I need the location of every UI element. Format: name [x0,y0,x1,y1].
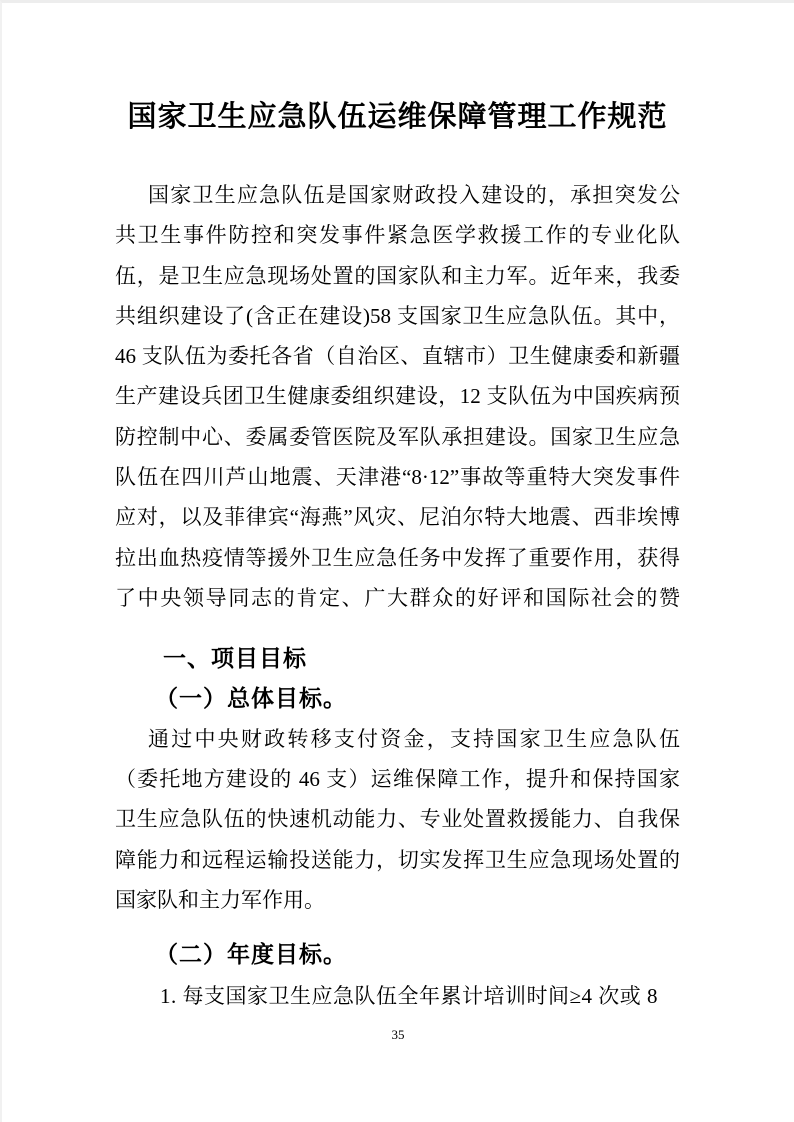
page-content: 国家卫生应急队伍运维保障管理工作规范 国家卫生应急队伍是国家财政投入建设的，承担… [115,3,680,1016]
text-line: 了中央领导同志的肯定、广大群众的好评和国际社会的赞誉。 [115,578,680,618]
text-line: 国家队和主力军作用。 [115,880,680,920]
text-line: 防控制中心、委属委管医院及军队承担建设。国家卫生应急 [115,417,680,457]
text-line: 46 支队伍为委托各省（自治区、直辖市）卫生健康委和新疆 [115,336,680,376]
text-line: 队伍在四川芦山地震、天津港“8·12”事故等重特大突发事件 [115,457,680,497]
text-line: 障能力和远程运输投送能力，切实发挥卫生应急现场处置的 [115,840,680,880]
subsection-heading-annual-goal: （二）年度目标。 [115,935,680,975]
text-line: 拉出血热疫情等援外卫生应急任务中发挥了重要作用，获得 [115,538,680,578]
intro-paragraph: 国家卫生应急队伍是国家财政投入建设的，承担突发公共卫生事件防控和突发事件紧急医学… [115,175,680,618]
subsection-heading-overall-goal: （一）总体目标。 [115,679,680,719]
annual-goal-item-1: 1. 每支国家卫生应急队伍全年累计培训时间≥4 次或 8 [115,976,680,1016]
overall-goal-paragraph: 通过中央财政转移支付资金，支持国家卫生应急队伍（委托地方建设的 46 支）运维保… [115,719,680,920]
text-line: 通过中央财政转移支付资金，支持国家卫生应急队伍 [115,719,680,759]
text-line: 卫生应急队伍的快速机动能力、专业处置救援能力、自我保 [115,799,680,839]
text-line: 应对，以及菲律宾“海燕”风灾、尼泊尔特大地震、西非埃博 [115,497,680,537]
text-line: 共卫生事件防控和突发事件紧急医学救援工作的专业化队 [115,215,680,255]
text-line: 共组织建设了(含正在建设)58 支国家卫生应急队伍。其中， [115,296,680,336]
document-page: 国家卫生应急队伍运维保障管理工作规范 国家卫生应急队伍是国家财政投入建设的，承担… [0,0,794,1122]
text-line: 伍，是卫生应急现场处置的国家队和主力军。近年来，我委 [115,256,680,296]
text-line: （委托地方建设的 46 支）运维保障工作，提升和保持国家 [115,759,680,799]
section-heading-project-goals: 一、项目目标 [115,638,680,678]
page-number: 35 [2,1026,794,1044]
document-title: 国家卫生应急队伍运维保障管理工作规范 [115,97,680,137]
text-line: 生产建设兵团卫生健康委组织建设，12 支队伍为中国疾病预 [115,376,680,416]
text-line: 国家卫生应急队伍是国家财政投入建设的，承担突发公 [115,175,680,215]
